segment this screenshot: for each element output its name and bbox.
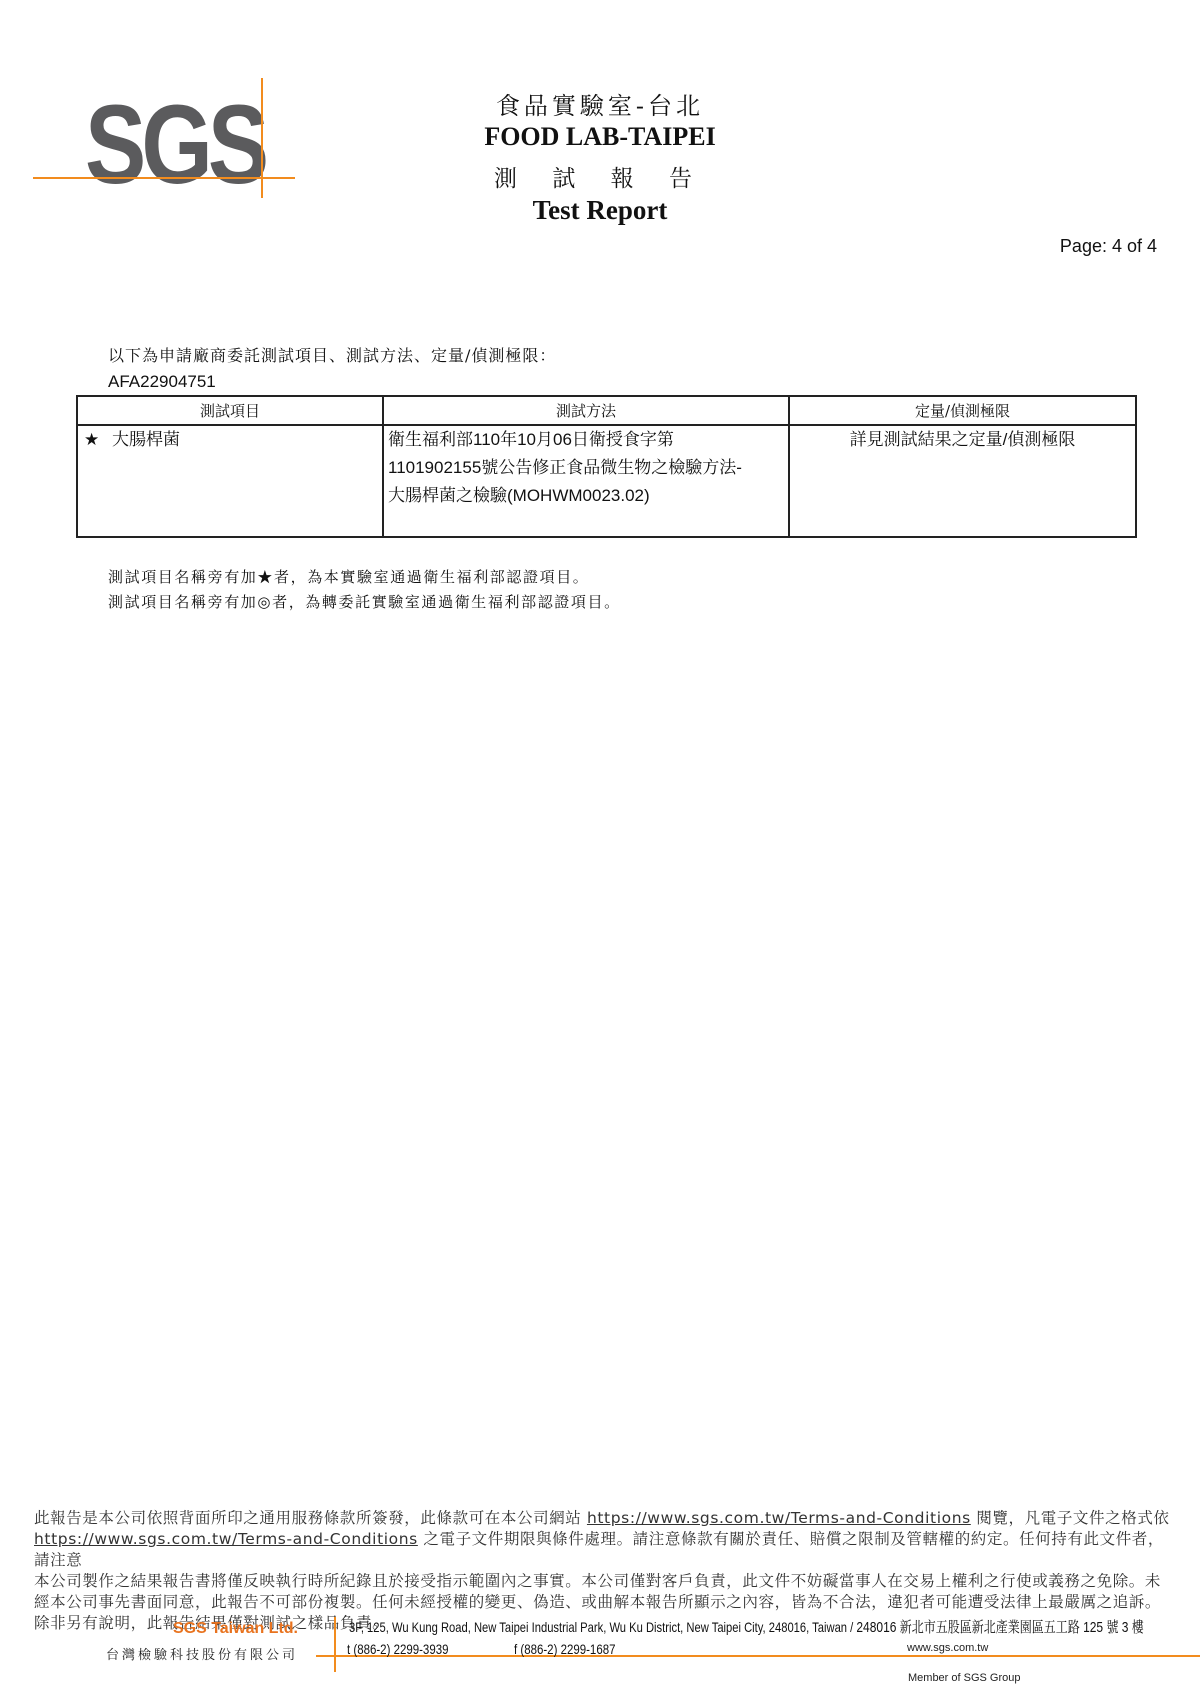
cell-test-method: 衛生福利部110年10月06日衛授食字第 1101902155號公告修正食品微生… bbox=[383, 425, 789, 537]
method-line: 1101902155號公告修正食品微生物之檢驗方法- bbox=[388, 454, 788, 482]
method-line: 衛生福利部110年10月06日衛授食字第 bbox=[388, 426, 788, 454]
lab-title-en: FOOD LAB-TAIPEI bbox=[0, 122, 1200, 152]
test-item-name: 大腸桿菌 bbox=[112, 430, 180, 449]
note-double-circle: 測試項目名稱旁有加◎者，為轉委託實驗室通過衛生福利部認證項目。 bbox=[108, 591, 621, 612]
company-name-en: SGS Taiwan Ltd. bbox=[173, 1620, 298, 1638]
report-title-en: Test Report bbox=[0, 195, 1200, 226]
disclaimer-line-4: 經本公司事先書面同意，此報告不可部份複製。任何未經授權的變更、偽造、或曲解本報告… bbox=[34, 1592, 1174, 1613]
table-header-row: 測試項目 測試方法 定量/偵測極限 bbox=[77, 396, 1136, 425]
disclaimer-line-1: 此報告是本公司依照背面所印之通用服務條款所簽發，此條款可在本公司網站 https… bbox=[34, 1508, 1174, 1529]
phone-number: t (886-2) 2299-3939 bbox=[347, 1641, 448, 1657]
method-line: 大腸桿菌之檢驗(MOHWM0023.02) bbox=[388, 482, 788, 510]
test-items-table: 測試項目 測試方法 定量/偵測極限 ★ 大腸桿菌 衛生福利部110年10月06日… bbox=[76, 395, 1137, 538]
header-detection-limit: 定量/偵測極限 bbox=[789, 396, 1136, 425]
note-star: 測試項目名稱旁有加★者，為本實驗室通過衛生福利部認證項目。 bbox=[108, 566, 589, 587]
website-link[interactable]: www.sgs.com.tw bbox=[907, 1642, 988, 1654]
page-number: Page: 4 of 4 bbox=[1060, 236, 1157, 257]
company-address: 3F, 125, Wu Kung Road, New Taipei Indust… bbox=[349, 1616, 1144, 1637]
lab-title-zh: 食品實驗室-台北 bbox=[0, 86, 1200, 121]
cell-detection-limit: 詳見測試結果之定量/偵測極限 bbox=[789, 425, 1136, 537]
disclaimer-line-2: https://www.sgs.com.tw/Terms-and-Conditi… bbox=[34, 1529, 1174, 1571]
report-number: AFA22904751 bbox=[108, 372, 216, 392]
accredited-star-icon: ★ bbox=[84, 430, 99, 449]
company-name-zh: 台灣檢驗科技股份有限公司 bbox=[106, 1644, 298, 1663]
terms-link[interactable]: https://www.sgs.com.tw/Terms-and-Conditi… bbox=[587, 1509, 971, 1527]
intro-text: 以下為申請廠商委託測試項目、測試方法、定量/偵測極限： bbox=[108, 343, 556, 366]
table-row: ★ 大腸桿菌 衛生福利部110年10月06日衛授食字第 1101902155號公… bbox=[77, 425, 1136, 537]
header-test-method: 測試方法 bbox=[383, 396, 789, 425]
terms-link[interactable]: https://www.sgs.com.tw/Terms-and-Conditi… bbox=[34, 1530, 418, 1548]
cell-test-item: ★ 大腸桿菌 bbox=[77, 425, 383, 537]
member-of-group: Member of SGS Group bbox=[908, 1672, 1021, 1684]
disclaimer-line-3: 本公司製作之結果報告書將僅反映執行時所紀錄且於接受指示範圍內之事實。本公司僅對客… bbox=[34, 1571, 1174, 1592]
footer-vertical-rule bbox=[334, 1617, 336, 1672]
header-test-item: 測試項目 bbox=[77, 396, 383, 425]
report-title-zh: 測 試 報 告 bbox=[0, 160, 1200, 193]
fax-number: f (886-2) 2299-1687 bbox=[514, 1641, 615, 1657]
